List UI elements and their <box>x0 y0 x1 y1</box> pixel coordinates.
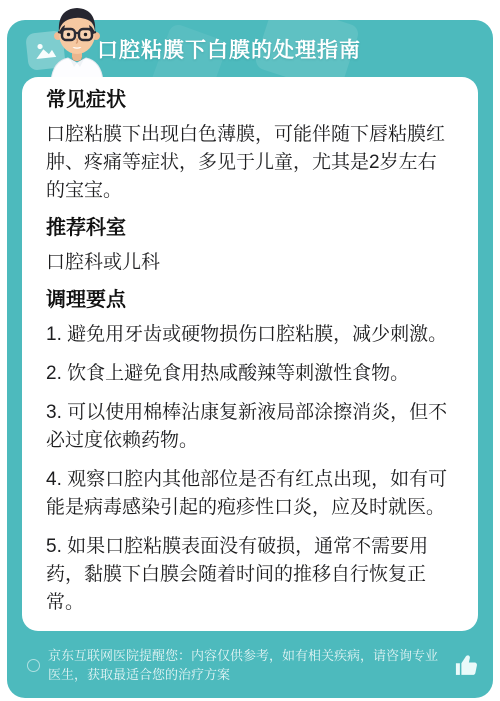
card-title: 口腔粘膜下白膜的处理指南 <box>97 20 361 78</box>
symptoms-text: 口腔粘膜下出现白色薄膜，可能伴随下唇粘膜红肿、疼痛等症状，多见于儿童，尤其是2岁… <box>46 121 454 205</box>
thumbs-up-icon[interactable] <box>453 651 481 679</box>
section-heading-department: 推荐科室 <box>46 215 454 241</box>
section-heading-care: 调理要点 <box>46 287 454 313</box>
care-item-1: 1. 避免用牙齿或硬物损伤口腔粘膜，减少刺激。 <box>46 321 454 349</box>
care-item-4: 4. 观察口腔内其他部位是否有红点出现，如有可能是病毒感染引起的疱疹性口炎，应及… <box>46 466 454 522</box>
disclaimer-text: 京东互联网医院提醒您：内容仅供参考，如有相关疾病，请咨询专业医生，获取最适合您的… <box>48 646 445 684</box>
department-text: 口腔科或儿科 <box>46 249 454 277</box>
info-circle-icon <box>27 659 40 672</box>
card-footer: 京东互联网医院提醒您：内容仅供参考，如有相关疾病，请咨询专业医生，获取最适合您的… <box>7 631 493 698</box>
care-item-3: 3. 可以使用棉棒沾康复新液局部涂擦消炎，但不必过度依赖药物。 <box>46 399 454 455</box>
guide-card: 口腔粘膜下白膜的处理指南 <box>7 20 493 698</box>
care-item-5: 5. 如果口腔粘膜表面没有破损，通常不需要用药，黏膜下白膜会随着时间的推移自行恢… <box>46 533 454 617</box>
care-item-2: 2. 饮食上避免食用热咸酸辣等刺激性食物。 <box>46 360 454 388</box>
doctor-avatar <box>43 3 111 81</box>
section-heading-symptoms: 常见症状 <box>46 87 454 113</box>
content-panel: 常见症状 口腔粘膜下出现白色薄膜，可能伴随下唇粘膜红肿、疼痛等症状，多见于儿童，… <box>22 77 478 631</box>
